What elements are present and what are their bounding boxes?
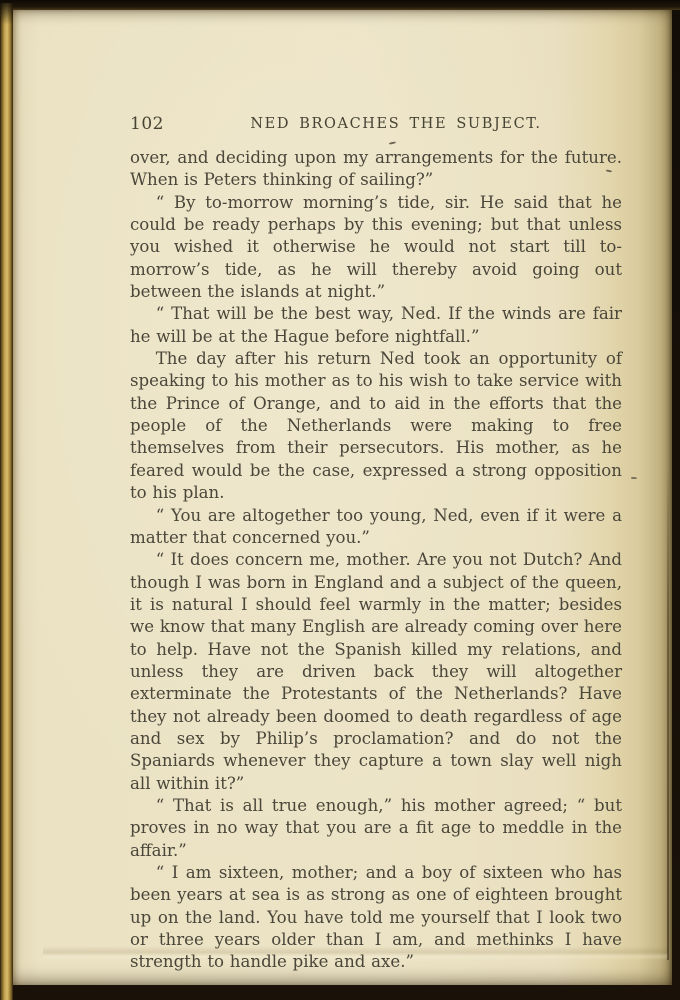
paragraph: The day after his return Ned took an opp… [130,348,622,504]
paragraph: “ You are altogether too young, Ned, eve… [130,505,622,550]
scan-top-edge [0,0,680,10]
page-number: 102 [130,114,164,134]
running-header: NED BROACHES THE SUBJECT. [170,116,622,132]
paragraph: “ It does concern me, mother. Are you no… [130,549,622,795]
page-header: 102 NED BROACHES THE SUBJECT. [130,114,622,136]
paragraph: “ That is all true enough,” his mother a… [130,795,622,862]
paragraph: “ By to-morrow morning’s tide, sir. He s… [130,192,622,304]
book-scan: 102 NED BROACHES THE SUBJECT. over, and … [0,0,680,1000]
page-body: over, and deciding upon my arrangements … [130,147,622,974]
page-edge-crease [667,470,669,960]
paragraph: “ I am sixteen, mother; and a boy of six… [130,862,622,974]
paragraph: “ That will be the best way, Ned. If the… [130,303,622,348]
paragraph: over, and deciding upon my arrangements … [130,147,622,192]
book-cover-gilt-edge [0,3,13,1000]
